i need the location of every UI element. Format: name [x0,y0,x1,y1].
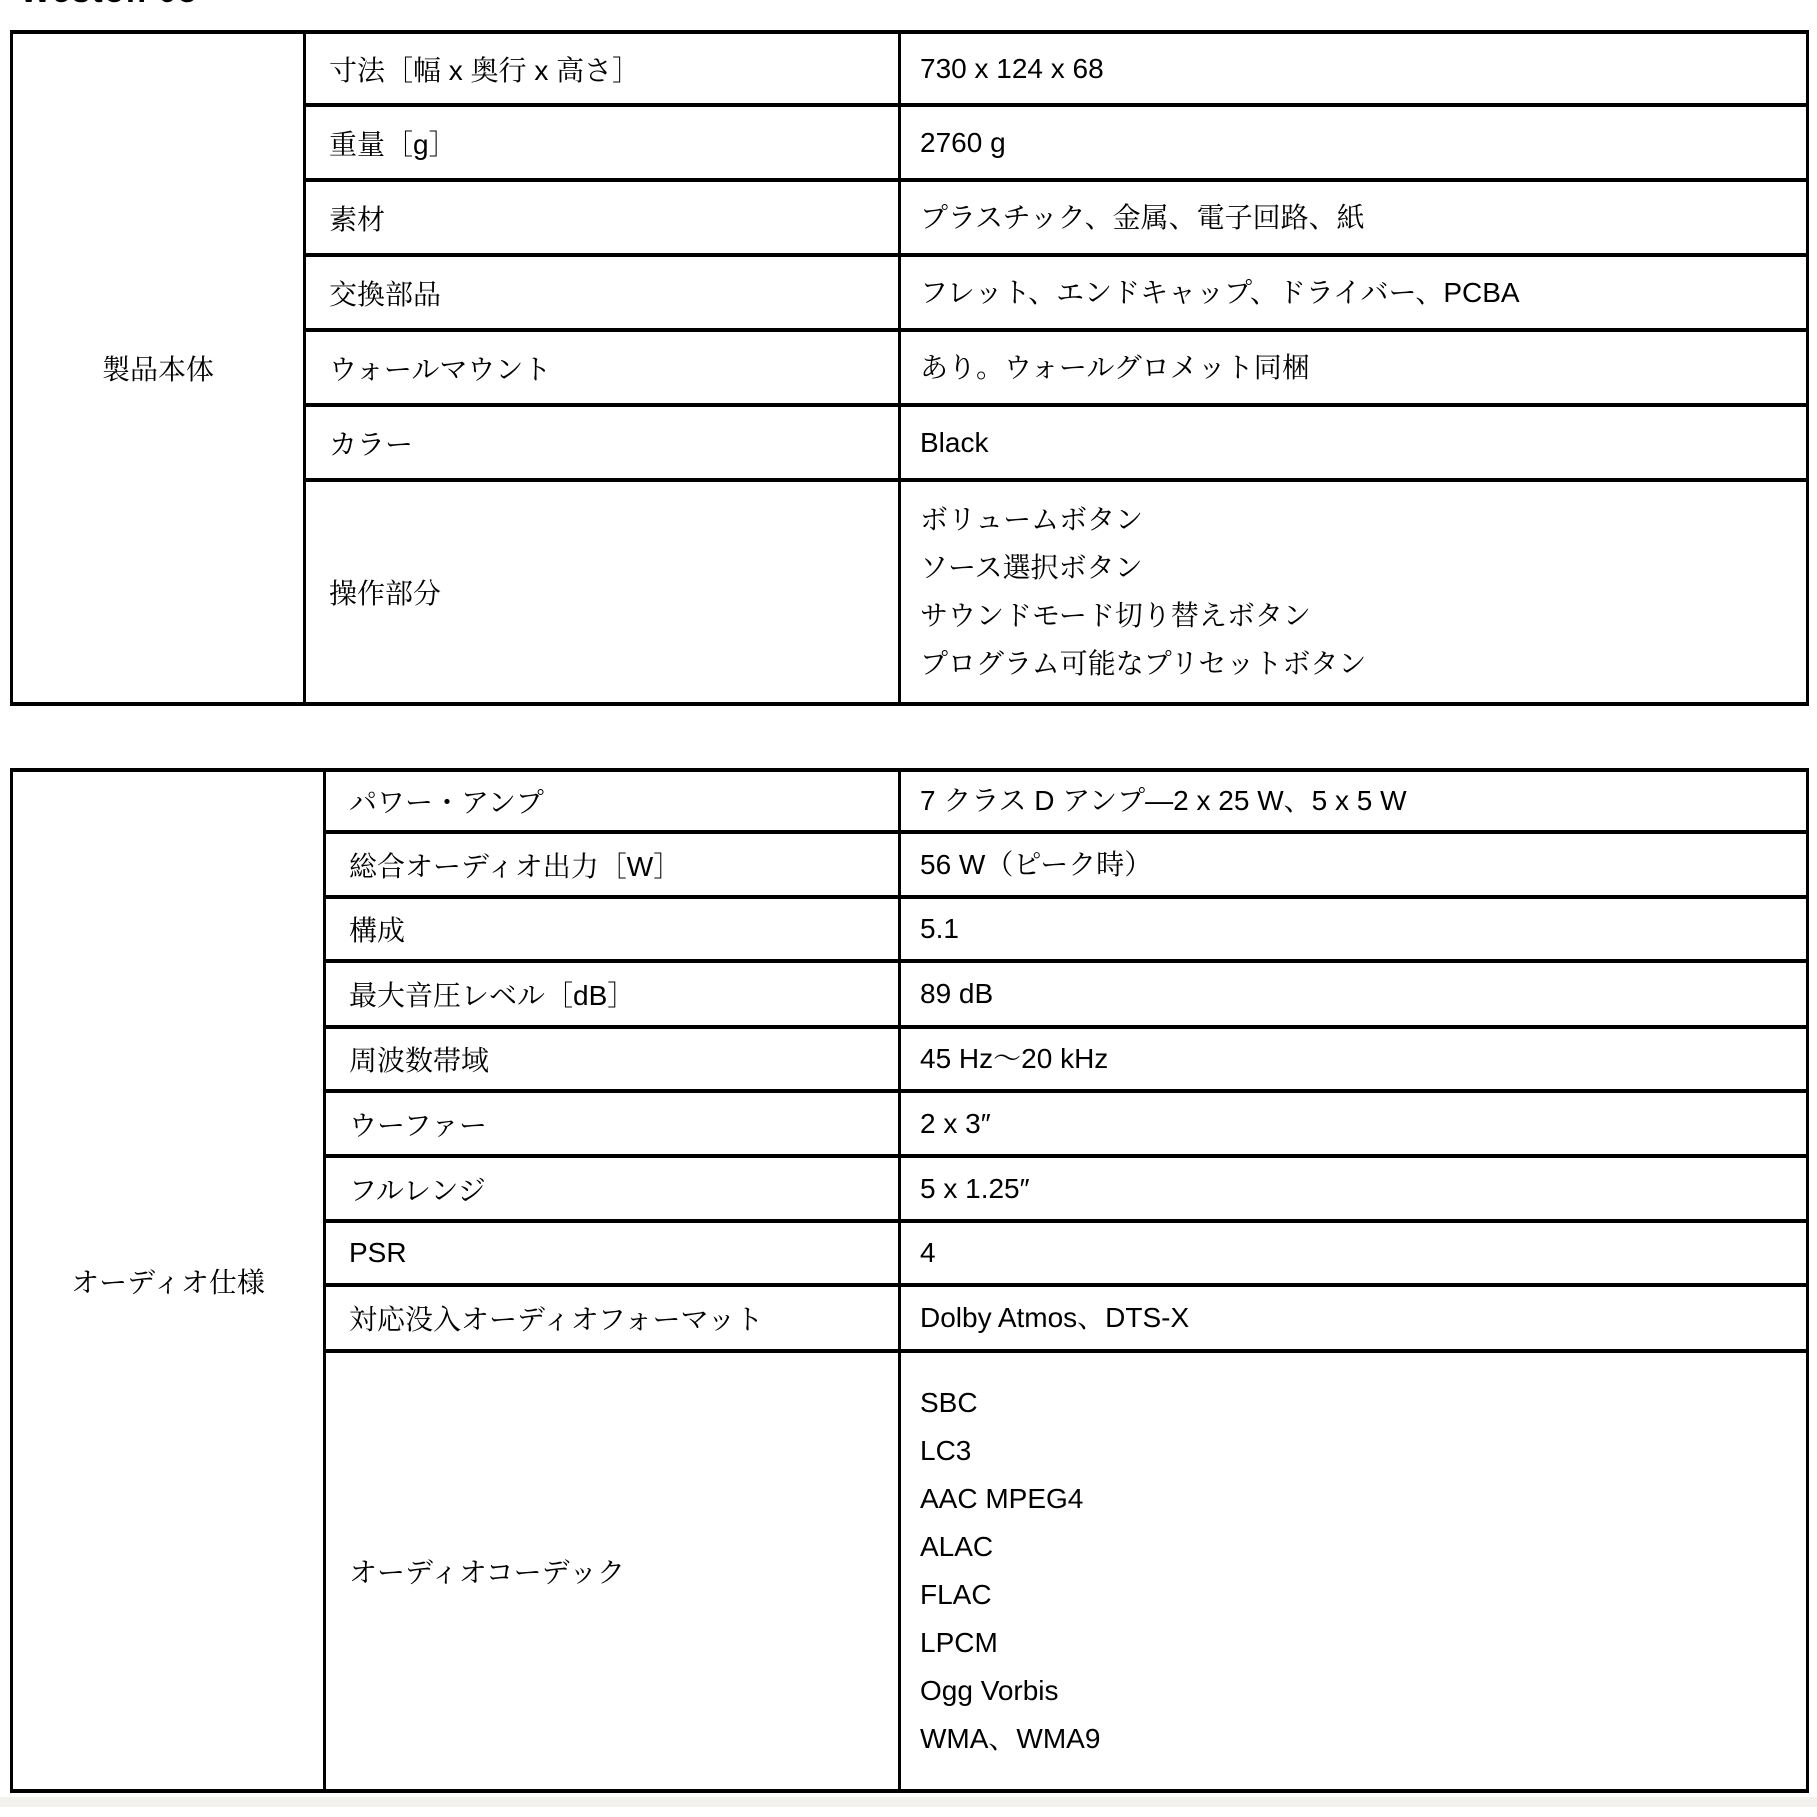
spec-value: 4 [900,1221,1808,1285]
spec-value: 56 W（ピーク時） [900,832,1808,897]
spec-value-multiline: ボリュームボタン ソース選択ボタン サウンドモード切り替えボタン プログラム可能… [900,480,1808,704]
spec-value: プラスチック、金属、電子回路、紙 [900,180,1808,255]
spec-label: 素材 [305,180,900,255]
spec-label: 操作部分 [305,480,900,704]
spec-value: あり。ウォールグロメット同梱 [900,330,1808,405]
spec-label: パワー・アンプ [325,770,900,832]
section-label-product: 製品本体 [12,32,305,704]
spec-label: 交換部品 [305,255,900,330]
spec-value: 89 dB [900,961,1808,1027]
table-row: 製品本体 寸法［幅 x 奥行 x 高さ］ 730 x 124 x 68 [12,32,1808,105]
spec-label: 重量［g］ [305,105,900,180]
spec-label: ウォールマウント [305,330,900,405]
spec-label: オーディオコーデック [325,1351,900,1791]
spec-label: 周波数帯域 [325,1027,900,1091]
page-title: Weston 05 [20,0,1817,11]
spec-label: 対応没入オーディオフォーマット [325,1285,900,1351]
spec-value: 2760 g [900,105,1808,180]
spec-value: 5.1 [900,897,1808,961]
spec-value: Black [900,405,1808,480]
spec-value: 7 クラス D アンプ―2 x 25 W、5 x 5 W [900,770,1808,832]
spec-label: 構成 [325,897,900,961]
spec-value: 2 x 3″ [900,1091,1808,1156]
spec-value: 5 x 1.25″ [900,1156,1808,1221]
spec-value: フレット、エンドキャップ、ドライバー、PCBA [900,255,1808,330]
spec-label: カラー [305,405,900,480]
spec-label: 総合オーディオ出力［W］ [325,832,900,897]
table-row: オーディオ仕様 パワー・アンプ 7 クラス D アンプ―2 x 25 W、5 x… [12,770,1808,832]
spec-value: Dolby Atmos、DTS-X [900,1285,1808,1351]
spec-value: 730 x 124 x 68 [900,32,1808,105]
spec-label: PSR [325,1221,900,1285]
product-spec-table: 製品本体 寸法［幅 x 奥行 x 高さ］ 730 x 124 x 68 重量［g… [10,30,1809,706]
page-title-clipped: Weston 05 [20,0,1817,11]
spec-value: 45 Hz～20 kHz [900,1027,1808,1091]
spec-label: 最大音圧レベル［dB］ [325,961,900,1027]
page-bottom-edge [0,1797,1817,1807]
spec-label: フルレンジ [325,1156,900,1221]
section-label-audio: オーディオ仕様 [12,770,325,1791]
spec-label: 寸法［幅 x 奥行 x 高さ］ [305,32,900,105]
audio-spec-table: オーディオ仕様 パワー・アンプ 7 クラス D アンプ―2 x 25 W、5 x… [10,768,1809,1793]
spec-value-multiline: SBC LC3 AAC MPEG4 ALAC FLAC LPCM Ogg Vor… [900,1351,1808,1791]
spec-label: ウーファー [325,1091,900,1156]
